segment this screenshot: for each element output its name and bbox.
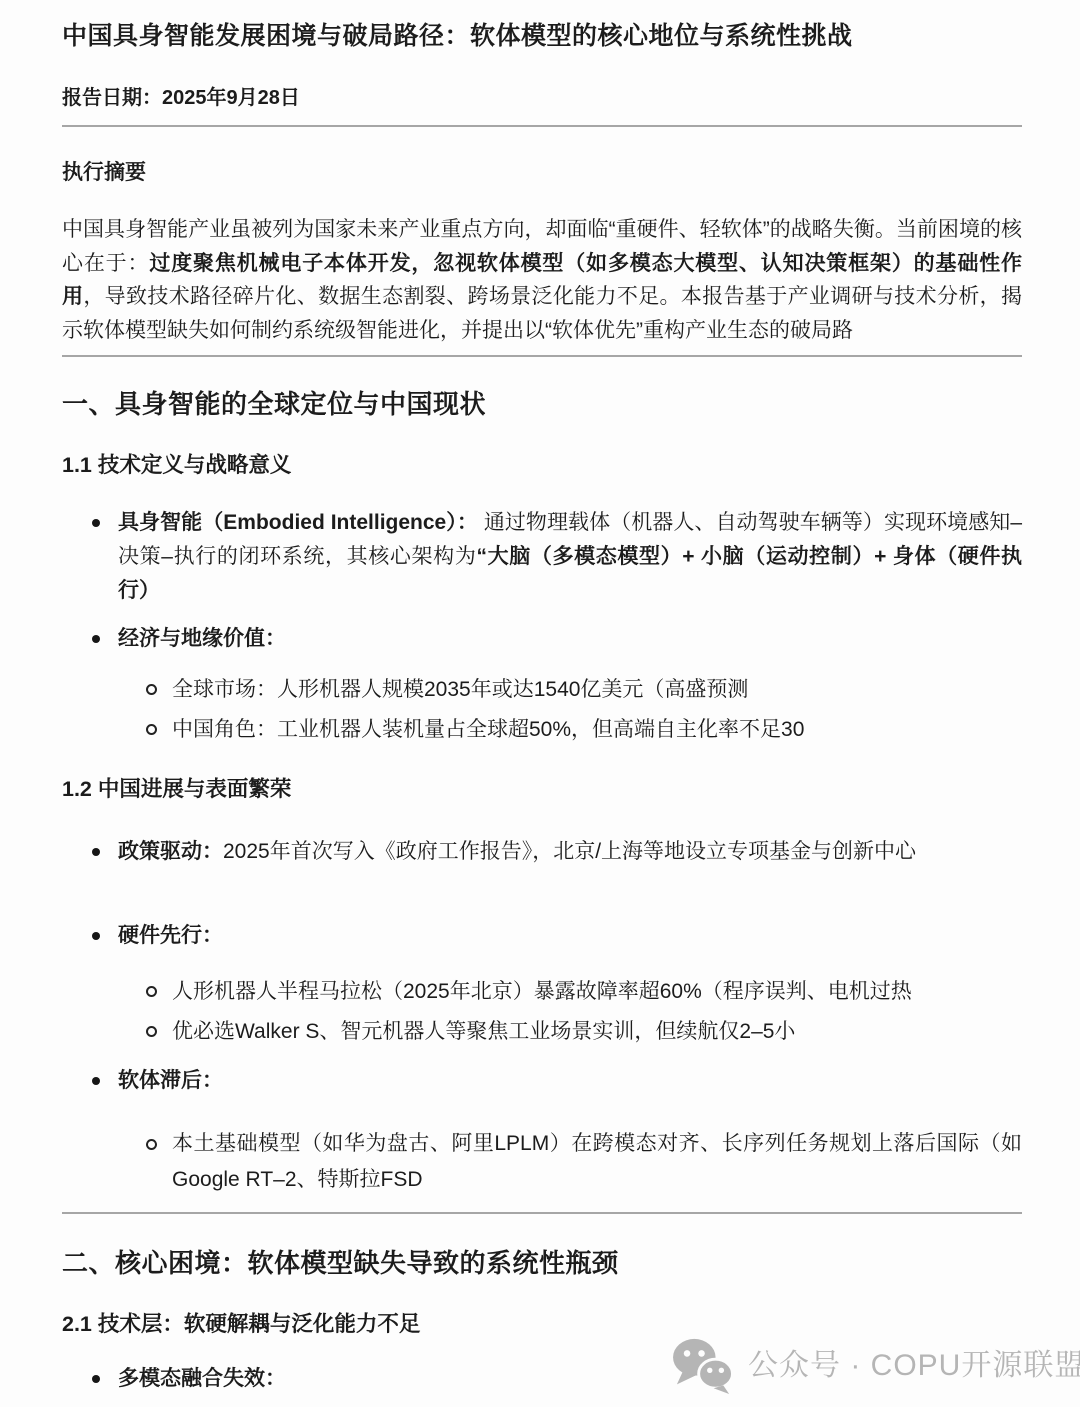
global-market-text: 全球市场：人形机器人规模2035年或达1540亿美元（高盛预测 bbox=[172, 671, 1022, 708]
bullet-icon bbox=[92, 848, 100, 856]
list-1-2: 政策驱动：2025年首次写入《政府工作报告》，北京/上海等地设立专项基金与创新中… bbox=[62, 835, 1022, 1198]
list-item-text: 政策驱动：2025年首次写入《政府工作报告》，北京/上海等地设立专项基金与创新中… bbox=[118, 835, 1022, 869]
sublist-hardware: 人形机器人半程马拉松（2025年北京）暴露故障率超60%（程序误判、电机过热 优… bbox=[118, 973, 1022, 1050]
local-models-text: 本土基础模型（如华为盘古、阿里LPLM）在跨模态对齐、长序列任务规划上落后国际（… bbox=[172, 1126, 1022, 1198]
list-item-body: 具身智能（Embodied Intelligence）： 通过物理载体（机器人、… bbox=[118, 506, 1022, 608]
wechat-icon bbox=[670, 1337, 736, 1395]
bullet-icon bbox=[92, 1077, 100, 1085]
sublist-item-walker: 优必选Walker S、智元机器人等聚焦工业场景实训，但续航仅2–5小 bbox=[118, 1013, 1022, 1050]
circle-marker bbox=[118, 671, 172, 708]
sublist-item-global-market: 全球市场：人形机器人规模2035年或达1540亿美元（高盛预测 bbox=[118, 671, 1022, 708]
section-1-heading: 一、具身智能的全球定位与中国现状 bbox=[62, 385, 1022, 423]
report-page: 中国具身智能发展困境与破局路径：软体模型的核心地位与系统性挑战 报告日期：202… bbox=[0, 0, 1080, 1407]
report-date: 报告日期：2025年9月28日 bbox=[62, 84, 1022, 113]
bullet-marker bbox=[62, 506, 118, 540]
bullet-marker bbox=[62, 919, 118, 953]
bullet-marker bbox=[62, 835, 118, 869]
policy-term-label: 政策驱动： bbox=[118, 840, 223, 863]
list-item-text: 软体滞后： bbox=[118, 1064, 1022, 1098]
bullet-icon bbox=[92, 1375, 100, 1383]
list-1-1: 具身智能（Embodied Intelligence）： 通过物理载体（机器人、… bbox=[62, 506, 1022, 748]
sublist-item-marathon: 人形机器人半程马拉松（2025年北京）暴露故障率超60%（程序误判、电机过热 bbox=[118, 973, 1022, 1010]
list-item-software-lag: 软体滞后： 本土基础模型（如华为盘古、阿里LPLM）在跨模态对齐、长序列任务规划… bbox=[62, 1064, 1022, 1198]
executive-summary-paragraph: 中国具身智能产业虽被列为国家未来产业重点方向，却面临“重硬件、轻软体”的战略失衡… bbox=[62, 213, 1022, 347]
circle-bullet-icon bbox=[146, 1139, 157, 1150]
section-1-1-heading: 1.1 技术定义与战略意义 bbox=[62, 450, 1022, 481]
divider bbox=[62, 125, 1022, 127]
sublist-item-china-role: 中国角色：工业机器人装机量占全球超50%，但高端自主化率不足30 bbox=[118, 711, 1022, 748]
section-2-heading: 二、核心困境：软体模型缺失导致的系统性瓶颈 bbox=[62, 1244, 1022, 1282]
marathon-text: 人形机器人半程马拉松（2025年北京）暴露故障率超60%（程序误判、电机过热 bbox=[172, 973, 1022, 1010]
circle-bullet-icon bbox=[146, 684, 157, 695]
executive-summary-heading: 执行摘要 bbox=[62, 157, 1022, 188]
hardware-term-label: 硬件先行： bbox=[118, 924, 223, 947]
watermark-label: 公众号 · COPU开源联盟 bbox=[748, 1338, 1080, 1394]
list-item-body: 经济与地缘价值： 全球市场：人形机器人规模2035年或达1540亿美元（高盛预测… bbox=[118, 622, 1022, 748]
document-title: 中国具身智能发展困境与破局路径：软体模型的核心地位与系统性挑战 bbox=[62, 18, 1022, 55]
bullet-icon bbox=[92, 519, 100, 527]
circle-bullet-icon bbox=[146, 986, 157, 997]
bullet-marker bbox=[62, 1064, 118, 1098]
list-item-economy-value: 经济与地缘价值： 全球市场：人形机器人规模2035年或达1540亿美元（高盛预测… bbox=[62, 622, 1022, 748]
economy-term-label: 经济与地缘价值： bbox=[118, 627, 286, 650]
circle-bullet-icon bbox=[146, 724, 157, 735]
list-item-hardware-first: 硬件先行： 人形机器人半程马拉松（2025年北京）暴露故障率超60%（程序误判、… bbox=[62, 919, 1022, 1050]
embodied-term-label: 具身智能（Embodied Intelligence）： bbox=[118, 511, 478, 534]
circle-marker bbox=[118, 1126, 172, 1163]
bullet-icon bbox=[92, 932, 100, 940]
list-item-body: 政策驱动：2025年首次写入《政府工作报告》，北京/上海等地设立专项基金与创新中… bbox=[118, 835, 1022, 869]
summary-tail: ，导致技术路径碎片化、数据生态割裂、跨场景泛化能力不足。本报告基于产业调研与技术… bbox=[62, 285, 1022, 342]
circle-marker bbox=[118, 1013, 172, 1050]
bullet-marker bbox=[62, 622, 118, 656]
list-item-text: 硬件先行： bbox=[118, 919, 1022, 953]
divider bbox=[62, 1212, 1022, 1214]
section-2-1-heading: 2.1 技术层：软硬解耦与泛化能力不足 bbox=[62, 1309, 1022, 1340]
walker-text: 优必选Walker S、智元机器人等聚焦工业场景实训，但续航仅2–5小 bbox=[172, 1013, 1022, 1050]
list-item-body: 软体滞后： 本土基础模型（如华为盘古、阿里LPLM）在跨模态对齐、长序列任务规划… bbox=[118, 1064, 1022, 1198]
software-term-label: 软体滞后： bbox=[118, 1069, 223, 1092]
list-item-body: 硬件先行： 人形机器人半程马拉松（2025年北京）暴露故障率超60%（程序误判、… bbox=[118, 919, 1022, 1050]
bullet-marker bbox=[62, 1362, 118, 1396]
china-role-text: 中国角色：工业机器人装机量占全球超50%，但高端自主化率不足30 bbox=[172, 711, 1022, 748]
sublist-item-local-models: 本土基础模型（如华为盘古、阿里LPLM）在跨模态对齐、长序列任务规划上落后国际（… bbox=[118, 1126, 1022, 1198]
circle-marker bbox=[118, 711, 172, 748]
bullet-icon bbox=[92, 635, 100, 643]
sublist-economy: 全球市场：人形机器人规模2035年或达1540亿美元（高盛预测 中国角色：工业机… bbox=[118, 671, 1022, 748]
circle-bullet-icon bbox=[146, 1026, 157, 1037]
wechat-watermark: 公众号 · COPU开源联盟 bbox=[670, 1337, 1080, 1395]
policy-text: 2025年首次写入《政府工作报告》，北京/上海等地设立专项基金与创新中心 bbox=[223, 840, 916, 863]
list-item-text: 经济与地缘价值： bbox=[118, 622, 1022, 656]
multimodal-term-label: 多模态融合失效： bbox=[118, 1367, 286, 1390]
section-1-2-heading: 1.2 中国进展与表面繁荣 bbox=[62, 774, 1022, 805]
circle-marker bbox=[118, 973, 172, 1010]
list-item-embodied-intelligence: 具身智能（Embodied Intelligence）： 通过物理载体（机器人、… bbox=[62, 506, 1022, 608]
sublist-software: 本土基础模型（如华为盘古、阿里LPLM）在跨模态对齐、长序列任务规划上落后国际（… bbox=[118, 1126, 1022, 1198]
list-item-policy: 政策驱动：2025年首次写入《政府工作报告》，北京/上海等地设立专项基金与创新中… bbox=[62, 835, 1022, 869]
list-item-text: 具身智能（Embodied Intelligence）： 通过物理载体（机器人、… bbox=[118, 506, 1022, 608]
divider bbox=[62, 355, 1022, 357]
